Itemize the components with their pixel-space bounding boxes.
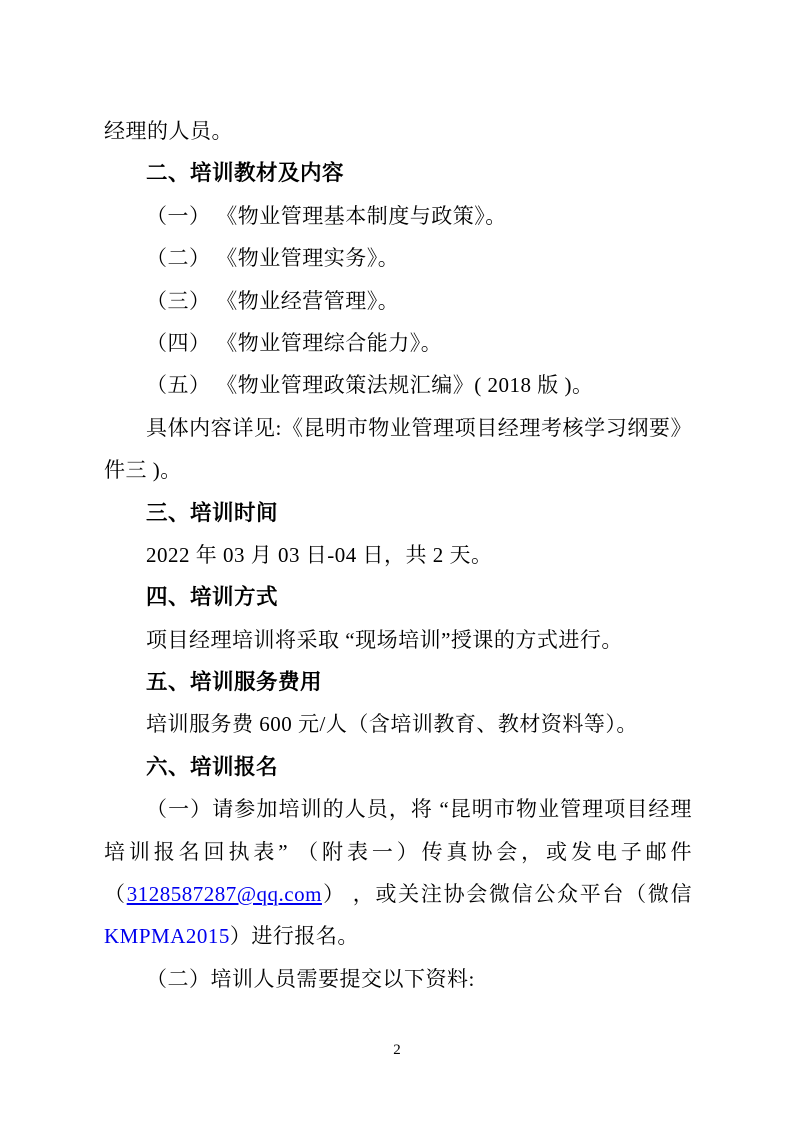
list-item: （一） 《物业管理基本制度与政策》。: [104, 195, 692, 237]
document-body: 经理的人员。 二、培训教材及内容 （一） 《物业管理基本制度与政策》。 （二） …: [104, 110, 692, 1000]
list-item: （五） 《物业管理政策法规汇编》( 2018 版 )。: [104, 364, 692, 406]
page-number: 2: [0, 1038, 794, 1062]
text-line: 件三 )。: [104, 449, 692, 491]
text-line: 项目经理培训将采取 “现场培训”授课的方式进行。: [104, 619, 692, 661]
wechat-id-link[interactable]: KMPMA2015: [104, 924, 230, 948]
text-line: 2022 年 03 月 03 日-04 日，共 2 天。: [104, 534, 692, 576]
email-link[interactable]: 3128587287@qq.com: [127, 882, 322, 906]
section-heading-materials: 二、培训教材及内容: [104, 152, 692, 194]
text-line: 经理的人员。: [104, 110, 692, 152]
section-heading-registration: 六、培训报名: [104, 746, 692, 788]
section-heading-method: 四、培训方式: [104, 576, 692, 618]
text-line: （一）请参加培训的人员，将 “昆明市物业管理项目经理: [104, 788, 692, 830]
text-line: （3128587287@qq.com） ，或关注协会微信公众平台（微信号:: [104, 873, 692, 915]
text-line: 培训服务费 600 元/人（含培训教育、教材资料等）。: [104, 703, 692, 745]
text-line: 培训报名回执表” （附表一）传真协会，或发电子邮件: [104, 831, 692, 873]
section-heading-time: 三、培训时间: [104, 492, 692, 534]
document-page: 经理的人员。 二、培训教材及内容 （一） 《物业管理基本制度与政策》。 （二） …: [0, 0, 794, 1123]
list-item: （二） 《物业管理实务》。: [104, 237, 692, 279]
text-line: KMPMA2015）进行报名。: [104, 915, 692, 957]
text-segment: ）进行报名。: [230, 924, 359, 948]
section-heading-fee: 五、培训服务费用: [104, 661, 692, 703]
text-line: （二）培训人员需要提交以下资料:: [104, 958, 692, 1000]
list-item: （四） 《物业管理综合能力》。: [104, 322, 692, 364]
text-line: 具体内容详见:《昆明市物业管理项目经理考核学习纲要》(附: [104, 407, 692, 449]
text-segment: （: [104, 882, 127, 906]
list-item: （三） 《物业经营管理》。: [104, 280, 692, 322]
